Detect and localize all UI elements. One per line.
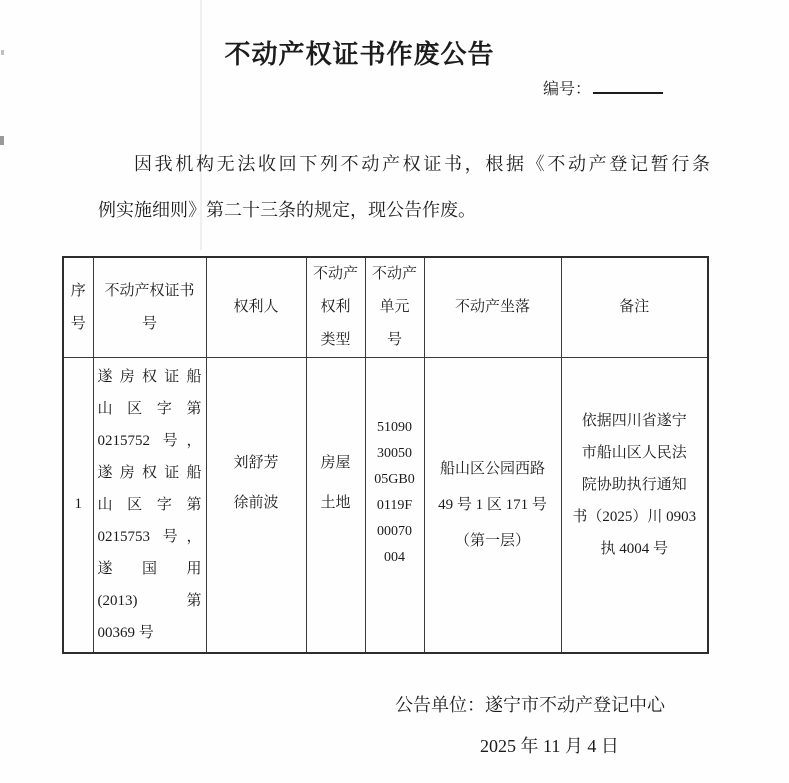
col-header-location: 不动产坐落 — [424, 257, 561, 358]
cell-right-type: 房屋土地 — [306, 358, 365, 653]
document-title: 不动产权证书作废公告 — [0, 34, 719, 71]
col-header-seq: 序 号 — [63, 257, 93, 358]
serial-label: 编号： — [543, 81, 591, 98]
serial-blank-underline — [593, 77, 663, 94]
right-type-text: 房屋土地 — [311, 443, 361, 523]
cell-seq: 1 — [63, 358, 93, 653]
location-text: 船山区公园西路49 号 1 区 171 号（第一层） — [429, 451, 557, 559]
col-header-unit-no: 不动产 单元 号 — [365, 257, 424, 358]
scan-speck — [0, 136, 4, 145]
issue-date: 2025 年 11 月 4 日 — [480, 732, 619, 758]
cell-location: 船山区公园西路49 号 1 区 171 号（第一层） — [424, 358, 561, 653]
holder-text: 刘舒芳徐前波 — [211, 443, 302, 523]
cert-no-text: 遂房权证船山区字第0215752 号，遂房权证船山区字第0215753 号，遂国… — [98, 361, 202, 649]
issuing-unit: 公告单位：遂宁市不动产登记中心 — [395, 691, 665, 717]
col-header-remarks: 备注 — [561, 257, 708, 358]
table-row: 1 遂房权证船山区字第0215752 号，遂房权证船山区字第0215753 号，… — [63, 358, 708, 653]
col-header-right-type: 不动产 权利 类型 — [306, 257, 365, 358]
col-header-cert-no: 不动产权证书 号 — [93, 257, 206, 358]
cell-unit-no: 510903005005GB00119F00070004 — [365, 358, 424, 653]
col-header-holder: 权利人 — [206, 257, 306, 358]
certificates-table: 序 号 不动产权证书 号 权利人 不动产 权利 类型 不动产 单元 号 不动产坐… — [62, 256, 709, 654]
document-page: 不动产权证书作废公告 编号： 因我机构无法收回下列不动产权证书，根据《不动产登记… — [0, 0, 789, 783]
cell-holder: 刘舒芳徐前波 — [206, 358, 306, 653]
remarks-text: 依据四川省遂宁市船山区人民法院协助执行通知书（2025）川 0903执 4004… — [566, 405, 704, 565]
notice-paragraph: 因我机构无法收回下列不动产权证书，根据《不动产登记暂行条例实施细则》第二十三条的… — [98, 141, 710, 233]
unit-no-text: 510903005005GB00119F00070004 — [370, 415, 420, 571]
serial-number-line: 编号： — [543, 76, 663, 99]
table-header-row: 序 号 不动产权证书 号 权利人 不动产 权利 类型 不动产 单元 号 不动产坐… — [63, 257, 708, 358]
cell-remarks: 依据四川省遂宁市船山区人民法院协助执行通知书（2025）川 0903执 4004… — [561, 358, 708, 653]
cell-cert-no: 遂房权证船山区字第0215752 号，遂房权证船山区字第0215753 号，遂国… — [93, 358, 206, 653]
